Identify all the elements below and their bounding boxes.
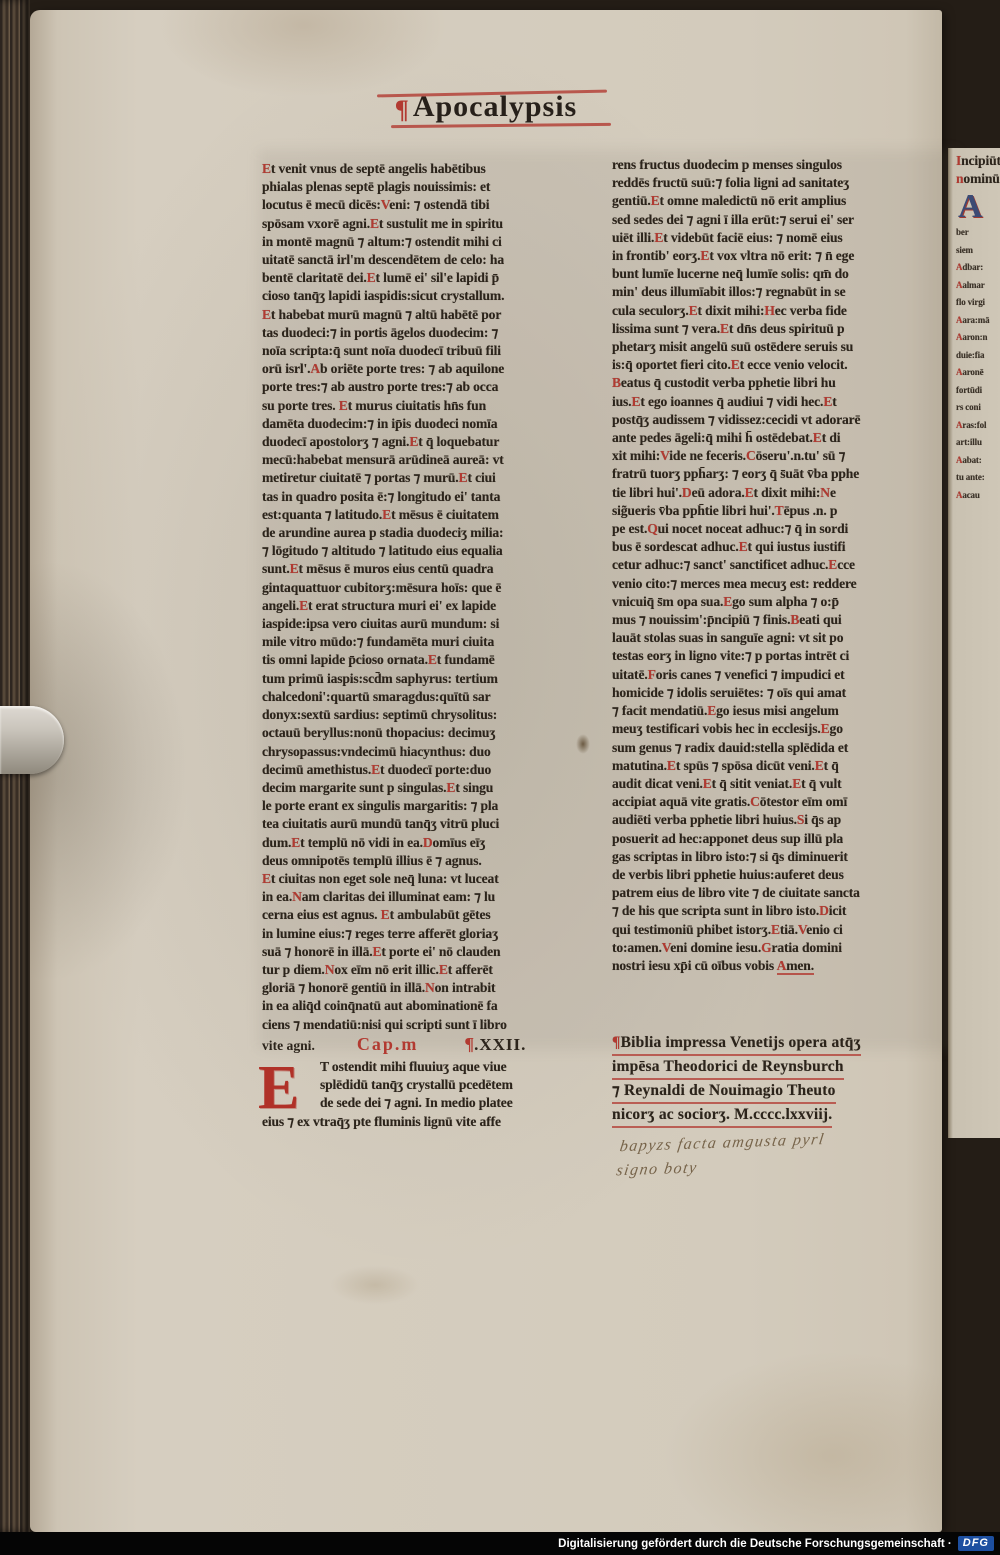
text-line: Et habebat murū magnū ⁊ altū habētē por [262, 306, 574, 324]
text-line: sed sedes dei ⁊ agni ī illa erūt:⁊ serui… [612, 211, 928, 229]
text-line: T ostendit mihi fluuiuʒ aque viue [262, 1058, 578, 1076]
text-line: in lumine eius:⁊ reges terre afferēt glo… [262, 925, 574, 943]
running-head: ¶ Apocalypsis [30, 90, 942, 125]
text-line: ⁊ lōgitudo ⁊ altitudo ⁊ latitudo eius eq… [262, 542, 574, 560]
text-line: ⁊ Reynaldi de Nouimagio Theuto [612, 1080, 836, 1104]
text-line: uiēt illi.Et videbūt faciē eius: ⁊ nomē … [612, 229, 928, 247]
text-line: gintaquattuor cubitorʒ:mēsura hoīs: que … [262, 579, 574, 597]
text-line: lissima sunt ⁊ vera.Et dn̄s deus spiritu… [612, 320, 928, 338]
text-line: suā ⁊ honorē in illā.Et porte ei' nō cla… [262, 943, 574, 961]
text-line: dum.Et templū nō vidi in ea.Domīus eīʒ [262, 834, 574, 852]
text-line: Aacau [956, 487, 1000, 505]
text-line: mecū:habebat mensurā arūdineā aureā: vt [262, 451, 574, 469]
text-line: mile vitro mūdo:⁊ fundamēta muri ciuita [262, 633, 574, 651]
text-line: bunt lumīe lucerne neq̄ lumīe solis: qm̄… [612, 265, 928, 283]
page-fore-edge: Incipiūtnominū A bersiemAdbar:Aalmarflo … [940, 0, 1000, 1532]
lombard-initial: E [258, 1060, 299, 1116]
text-line: octauū beryllus:nonū thopacius: decimuʒ [262, 724, 574, 742]
text-line: rs coni [956, 399, 1000, 417]
text-line: nominū [956, 170, 1000, 188]
text-line: mus ⁊ nouissim':p̄ncipiū ⁊ finis.Beati q… [612, 611, 928, 629]
text-line: tas duodeci:⁊ in portis āgelos duodecim:… [262, 324, 574, 342]
text-line: tea ciuitatis aurū mundū tanq̄ʒ vitrū pl… [262, 815, 574, 833]
text-line: ante pedes āgeli:q̄ mihi h̄ ostēdebat.Et… [612, 429, 928, 447]
text-line: de verbis libri pphetie huius:auferet de… [612, 866, 928, 884]
text-line: Aara:mā [956, 312, 1000, 330]
text-line: in montē magnū ⁊ altum:⁊ ostendit mihi c… [262, 233, 574, 251]
chapter-22-tail-lines: eius ⁊ ex vtraq̄ʒ pte fluminis lignū vit… [262, 1113, 578, 1131]
text-line: matutina.Et spūs ⁊ spōsa dicūt veni.Et q… [612, 757, 928, 775]
text-line: uitatē sanctā irl'm descendētem de celo:… [262, 251, 574, 269]
text-line: testas eorʒ in ligno vite:⁊ p portas int… [612, 647, 928, 665]
next-page-heading: Incipiūtnominū [949, 148, 1000, 190]
text-line: sum genus ⁊ radix dauid:stella splēdida … [612, 739, 928, 757]
text-line: iaspide:ipsa vero ciuitas aurū mundum: s… [262, 615, 574, 633]
text-line: ⁊ de his que scripta sunt in libro isto.… [612, 902, 928, 920]
text-line: angeli.Et erat structura muri ei' ex lap… [262, 597, 574, 615]
text-line: chrysopassus:vndecimū hiacynthus: duo [262, 743, 574, 761]
text-line: Et venit vnus de septē angelis habētibus [262, 160, 574, 178]
pilcrow-mark: ¶ [395, 95, 409, 124]
text-line: meuʒ testificari vobis hec in ecclesijs.… [612, 720, 928, 738]
text-line: le porte erant ex singulis margaritis: ⁊… [262, 797, 574, 815]
page-stain [576, 734, 590, 754]
text-line: cioso tanq̄ʒ lapidi iaspidis:sicut cryst… [262, 287, 574, 305]
capitulum-mark: ¶ [464, 1034, 474, 1055]
text-line: tis omni lapide p̄cioso ornata.Et fundam… [262, 651, 574, 669]
text-line: cetur adhuc:⁊ sanct' sanctificet adhuc.E… [612, 556, 928, 574]
text-line: xit mihi:Vide ne feceris.Cōseru'.n.tu' s… [612, 447, 928, 465]
text-line: phialas plenas septē plagis nouissimis: … [262, 178, 574, 196]
dfg-logo: DFG [958, 1536, 994, 1551]
text-line: impēsa Theodorici de Reynsburch [612, 1056, 844, 1080]
book-page: ¶ Apocalypsis Et venit vnus de septē ang… [30, 10, 942, 1532]
text-line: homicide ⁊ idolis seruiētes: ⁊ oīs qui a… [612, 684, 928, 702]
text-line: duie:fia [956, 347, 1000, 365]
text-line: min' deus illumīabit illos:⁊ regnabūt in… [612, 283, 928, 301]
text-line: patrem eius de libro vite ⁊ de ciuitate … [612, 884, 928, 902]
chapter-22-indented-lines: T ostendit mihi fluuiuʒ aque viuesplēdid… [262, 1058, 578, 1113]
text-line: venio cito:⁊ merces mea mecuʒ est: redde… [612, 575, 928, 593]
text-line: decimū amethistus.Et duodecī porte:duo [262, 761, 574, 779]
text-line: in ea aliq̄d coinq̄natū aut abominationē… [262, 997, 574, 1015]
text-line: tas in quadro posita ē:⁊ longitudo ei' t… [262, 488, 574, 506]
text-line: donyx:sextū sardius: septimū chrysolitus… [262, 706, 574, 724]
text-line: fratrū tuorʒ pph̄arʒ: ⁊ eorʒ q̄ s̄uāt v̄… [612, 465, 928, 483]
text-line: in frontib' eorʒ.Et vox vltra nō erit: ⁊… [612, 247, 928, 265]
text-line: Adbar: [956, 259, 1000, 277]
text-line: audiēti verba pphetie libri huius.Si q̄s… [612, 811, 928, 829]
text-line: Beatus q̄ custodit verba pphetie libri h… [612, 374, 928, 392]
book-scan: ¶ Apocalypsis Et venit vnus de septē ang… [0, 0, 1000, 1555]
text-line: est:quanta ⁊ latitudo.Et mēsus ē ciuitat… [262, 506, 574, 524]
text-line: cula seculorʒ.Et dixit mihi:Hec verba fi… [612, 302, 928, 320]
page-stain [330, 1265, 420, 1305]
next-page-initial: A [949, 190, 1000, 224]
text-line: reddēs fructū suū:⁊ folia ligni ad sanit… [612, 174, 928, 192]
chapter-number: .XXII. [474, 1035, 526, 1055]
credit-text: Digitalisierung gefördert durch die Deut… [558, 1538, 952, 1550]
text-line: siem [956, 242, 1000, 260]
text-line: sig̃ueris v̄ba pph̄tie libri hui'.Tēpus … [612, 502, 928, 520]
next-page-entries: bersiemAdbar:Aalmarflo virgiAara:māAaron… [949, 224, 1000, 504]
text-line: Aalmar [956, 277, 1000, 295]
text-line: locutus ē mecū dicēs:Veni: ⁊ ostendā tib… [262, 196, 574, 214]
text-line: nicorʒ ac sociorʒ. M.cccc.lxxviij. [612, 1104, 832, 1128]
text-line: Aaron:n [956, 329, 1000, 347]
text-line: postq̄ʒ audissem ⁊ vidissez:cecidi vt ad… [612, 411, 928, 429]
text-line: damēta duodecim:⁊ in ip̄is duodeci nomīa [262, 415, 574, 433]
text-line: lauāt stolas suas in sanguīe agni: vt si… [612, 629, 928, 647]
chapter-label: Cap.m [357, 1034, 419, 1055]
text-line: ber [956, 224, 1000, 242]
text-line: bentē claritatē dei.Et lumē ei' sil'e la… [262, 269, 574, 287]
text-line: gloriā ⁊ honorē gentiū in illā.Non intra… [262, 979, 574, 997]
text-line: phetarʒ misit angelū suū ostēdere seruis… [612, 338, 928, 356]
text-line: Aabat: [956, 452, 1000, 470]
text-line: ciens ⁊ mendatiū:nisi qui scripti sunt ī… [262, 1016, 574, 1034]
text-line: tu ante: [956, 469, 1000, 487]
text-line: ius.Et ego ioannes q̄ audiui ⁊ vidi hec.… [612, 393, 928, 411]
text-line: Aaronē [956, 364, 1000, 382]
text-line: qui testimoniū phibet istorʒ.Etiā.Venio … [612, 921, 928, 939]
text-line: porte tres:⁊ ab austro porte tres:⁊ ab o… [262, 378, 574, 396]
text-line: posuerit ad hec:apponet deus sup illū pl… [612, 830, 928, 848]
text-line: pe est.Qui nocet noceat adhuc:⁊ q̄ in so… [612, 520, 928, 538]
text-line: uitatē.Foris canes ⁊ venefici ⁊ impudici… [612, 666, 928, 684]
text-line: eius ⁊ ex vtraq̄ʒ pte fluminis lignū vit… [262, 1113, 578, 1131]
text-line: nostri iesu xp̄i cū oībus vobis Amen. [612, 957, 928, 975]
text-line: Incipiūt [956, 152, 1000, 170]
text-line: tum primū iaspis:scd̄m saphyrus: tertium [262, 670, 574, 688]
text-line: vnicuiq̄ s̄m opa sua.Ego sum alpha ⁊ o:p… [612, 593, 928, 611]
text-column-left: Et venit vnus de septē angelis habētibus… [262, 160, 574, 1034]
text-column-right: rens fructus duodecim p menses singulosr… [612, 156, 928, 975]
text-line: chalcedoni':quartū smaragdus:quītū sar [262, 688, 574, 706]
text-line: gentiū.Et omne maledictū nō erit amplius [612, 192, 928, 210]
text-line: fortūdi [956, 382, 1000, 400]
text-line: in ea.Nam claritas dei illuminat eam: ⁊ … [262, 888, 574, 906]
chapter-heading-prefix: vite agni. [262, 1038, 315, 1054]
text-line: decim margarite sunt p singulas.Et singu [262, 779, 574, 797]
text-line: bus ē sordescat adhuc.Et qui iustus iust… [612, 538, 928, 556]
colophon: ¶Biblia impressa Venetijs opera atq̄ʒimp… [612, 1032, 928, 1128]
chapter-heading: vite agni. Cap.m ¶ .XXII. [262, 1034, 574, 1055]
handwritten-note: bapyzs facta amgusta pyrlsigno boty [615, 1125, 922, 1184]
text-line: de sede dei ⁊ agni. In medio platee [262, 1094, 578, 1112]
text-line: art:illu [956, 434, 1000, 452]
text-line: tie libri hui'.Deū adora.Et dixit mihi:N… [612, 484, 928, 502]
text-line: gas scriptas in libro isto:⁊ si q̄s dimi… [612, 848, 928, 866]
text-line: splēdidū tanq̄ʒ crystallū pcedētem [262, 1076, 578, 1094]
text-line: duodecī apostolorʒ ⁊ agni.Et q̄ loquebat… [262, 433, 574, 451]
text-line: ¶Biblia impressa Venetijs opera atq̄ʒ [612, 1032, 861, 1056]
text-line: noīa scripta:q̄ sunt noīa duodecī tribuū… [262, 342, 574, 360]
chapter-22-opening: E T ostendit mihi fluuiuʒ aque viuesplēd… [262, 1058, 578, 1131]
text-line: audit dicat veni.Et q̄ sitit veniat.Et q… [612, 775, 928, 793]
text-line: spōsam vxorē agni.Et sustulit me in spir… [262, 215, 574, 233]
text-line: Aras:fol [956, 417, 1000, 435]
rubric-line [391, 123, 611, 128]
text-line: su porte tres. Et murus ciuitatis hn̄s f… [262, 397, 574, 415]
text-line: to:amen.Veni domine iesu.Gratia domini [612, 939, 928, 957]
text-line: metiretur ciuitatē ⁊ portas ⁊ murū.Et ci… [262, 469, 574, 487]
text-line: tur p diem.Nox eīm nō erit illic.Et affe… [262, 961, 574, 979]
text-line: orū isrl'.Ab oriēte porte tres: ⁊ ab aqu… [262, 360, 574, 378]
text-line: rens fructus duodecim p menses singulos [612, 156, 928, 174]
text-line: flo virgi [956, 294, 1000, 312]
text-line: accipiat aquā vite gratis.Cōtestor eīm o… [612, 793, 928, 811]
text-line: deus omnipotēs templū illius ē ⁊ agnus. [262, 852, 574, 870]
text-line: cerna eius est agnus. Et ambulabūt gētes [262, 906, 574, 924]
digitization-credit-bar: Digitalisierung gefördert durch die Deut… [0, 1532, 1000, 1555]
text-line: is:q̄ oportet fieri cito.Et ecce venio v… [612, 356, 928, 374]
text-line: Et ciuitas non eget sole neq̄ luna: vt l… [262, 870, 574, 888]
text-line: de arundine aurea p stadia duodeciʒ mili… [262, 524, 574, 542]
next-page-peek: Incipiūtnominū A bersiemAdbar:Aalmarflo … [948, 148, 1000, 1138]
text-line: sunt.Et mēsus ē muros eius centū quadra [262, 560, 574, 578]
text-line: ⁊ facit mendatiū.Ego iesus misi angelum [612, 702, 928, 720]
